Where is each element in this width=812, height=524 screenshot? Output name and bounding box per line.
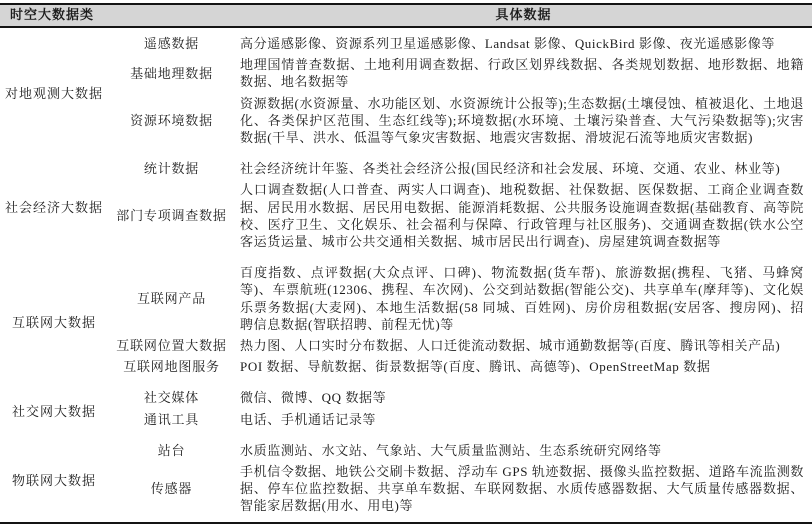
subcategory-cell: 基础地理数据 — [108, 54, 235, 92]
header-category-column: 时空大数据类 — [0, 4, 235, 27]
content-cell: 热力图、人口实时分布数据、人口迁徙流动数据、城市通勤数据等(百度、腾讯等相关产品… — [235, 335, 812, 356]
content-cell: 电话、手机通话记录等 — [235, 409, 812, 435]
subcategory-cell: 互联网位置大数据 — [108, 335, 235, 356]
table-row: 传感器手机信令数据、地铁公交刷卡数据、浮动车 GPS 轨迹数据、摄像头监控数据、… — [0, 461, 812, 523]
table-row: 社交网大数据社交媒体微信、微博、QQ 数据等 — [0, 382, 812, 408]
header-row: 时空大数据类 具体数据 — [0, 4, 812, 27]
category-cell: 社会经济大数据 — [0, 153, 108, 257]
table-row: 互联网地图服务POI 数据、导航数据、街景数据等(百度、腾讯、高德等)、Open… — [0, 356, 812, 382]
subcategory-cell: 资源环境数据 — [108, 93, 235, 154]
content-cell: 百度指数、点评数据(大众点评、口碑)、物流数据(货车帮)、旅游数据(携程、飞猪、… — [235, 257, 812, 335]
paper-table-page: 时空大数据类 具体数据 对地观测大数据遥感数据高分遥感影像、资源系列卫星遥感影像… — [0, 0, 812, 524]
content-cell: 社会经济统计年鉴、各类社会经济公报(国民经济和社会发展、环境、交通、农业、林业等… — [235, 153, 812, 179]
content-cell: 人口调查数据(人口普查、两实人口调查)、地税数据、社保数据、医保数据、工商企业调… — [235, 179, 812, 257]
table-row: 对地观测大数据遥感数据高分遥感影像、资源系列卫星遥感影像、Landsat 影像、… — [0, 27, 812, 54]
category-cell: 物联网大数据 — [0, 435, 108, 523]
content-cell: 水质监测站、水文站、气象站、大气质量监测站、生态系统研究网络等 — [235, 435, 812, 461]
header-detail-column: 具体数据 — [235, 4, 812, 27]
subcategory-cell: 互联网产品 — [108, 257, 235, 335]
subcategory-cell: 互联网地图服务 — [108, 356, 235, 382]
content-cell: 微信、微博、QQ 数据等 — [235, 382, 812, 408]
category-cell: 对地观测大数据 — [0, 27, 108, 153]
subcategory-cell: 传感器 — [108, 461, 235, 523]
category-cell: 社交网大数据 — [0, 382, 108, 434]
table-row: 物联网大数据站台水质监测站、水文站、气象站、大气质量监测站、生态系统研究网络等 — [0, 435, 812, 461]
table-row: 资源环境数据资源数据(水资源量、水功能区划、水资源统计公报等);生态数据(土壤侵… — [0, 93, 812, 154]
content-cell: 高分遥感影像、资源系列卫星遥感影像、Landsat 影像、QuickBird 影… — [235, 27, 812, 54]
table-row: 互联网位置大数据热力图、人口实时分布数据、人口迁徙流动数据、城市通勤数据等(百度… — [0, 335, 812, 356]
spatiotemporal-big-data-table: 时空大数据类 具体数据 对地观测大数据遥感数据高分遥感影像、资源系列卫星遥感影像… — [0, 3, 812, 524]
table-row: 部门专项调查数据人口调查数据(人口普查、两实人口调查)、地税数据、社保数据、医保… — [0, 179, 812, 257]
subcategory-cell: 社交媒体 — [108, 382, 235, 408]
table-row: 通讯工具电话、手机通话记录等 — [0, 409, 812, 435]
table-row: 基础地理数据地理国情普查数据、土地利用调查数据、行政区划界线数据、各类规划数据、… — [0, 54, 812, 92]
table-row: 互联网大数据互联网产品百度指数、点评数据(大众点评、口碑)、物流数据(货车帮)、… — [0, 257, 812, 335]
subcategory-cell: 统计数据 — [108, 153, 235, 179]
subcategory-cell: 部门专项调查数据 — [108, 179, 235, 257]
table-header: 时空大数据类 具体数据 — [0, 4, 812, 27]
content-cell: 地理国情普查数据、土地利用调查数据、行政区划界线数据、各类规划数据、地形数据、地… — [235, 54, 812, 92]
category-cell: 互联网大数据 — [0, 257, 108, 382]
content-cell: POI 数据、导航数据、街景数据等(百度、腾讯、高德等)、OpenStreetM… — [235, 356, 812, 382]
content-cell: 资源数据(水资源量、水功能区划、水资源统计公报等);生态数据(土壤侵蚀、植被退化… — [235, 93, 812, 154]
subcategory-cell: 站台 — [108, 435, 235, 461]
table-body: 对地观测大数据遥感数据高分遥感影像、资源系列卫星遥感影像、Landsat 影像、… — [0, 27, 812, 523]
subcategory-cell: 遥感数据 — [108, 27, 235, 54]
content-cell: 手机信令数据、地铁公交刷卡数据、浮动车 GPS 轨迹数据、摄像头监控数据、道路车… — [235, 461, 812, 523]
subcategory-cell: 通讯工具 — [108, 409, 235, 435]
table-row: 社会经济大数据统计数据社会经济统计年鉴、各类社会经济公报(国民经济和社会发展、环… — [0, 153, 812, 179]
